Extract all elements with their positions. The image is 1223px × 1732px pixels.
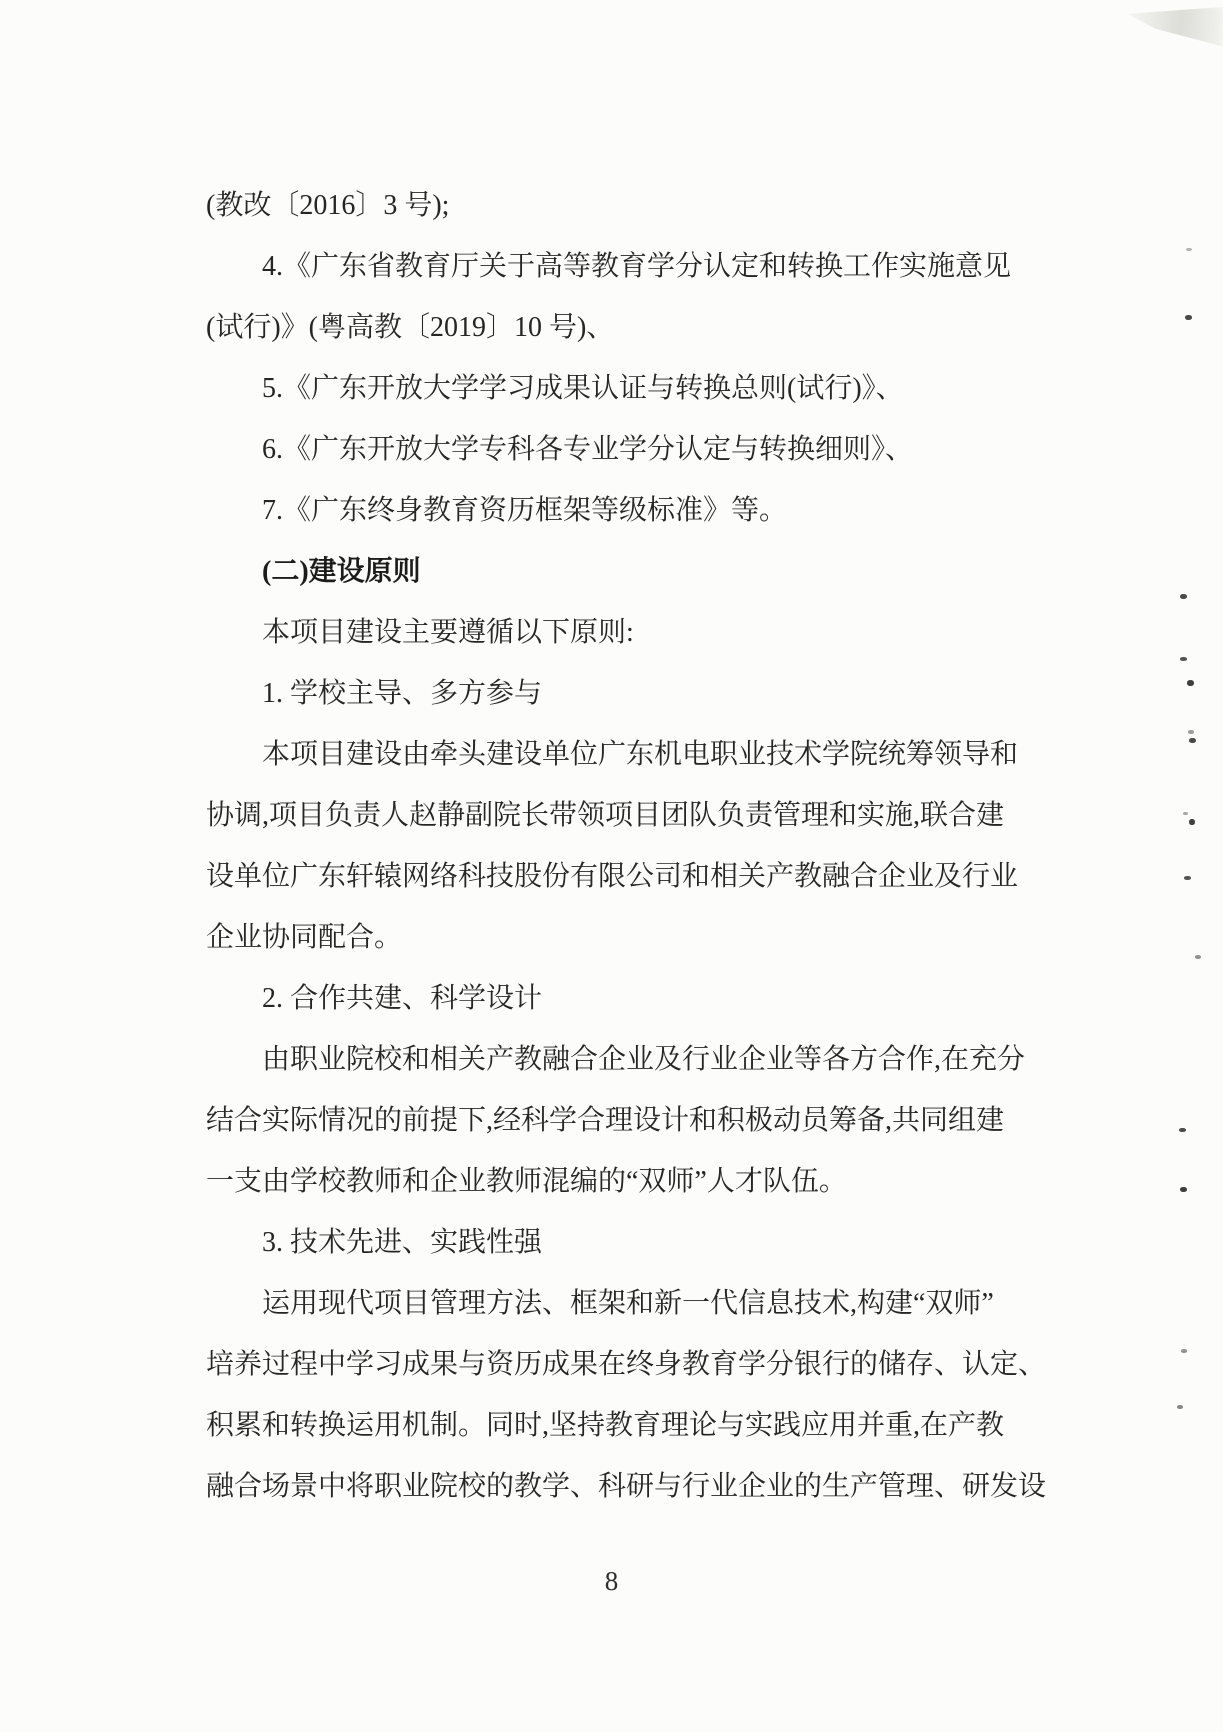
ink-speck	[1180, 1187, 1187, 1192]
ink-speck	[1184, 876, 1191, 880]
ink-speck	[1179, 1128, 1186, 1132]
ink-speck	[1195, 955, 1201, 959]
ink-speck	[1185, 315, 1192, 320]
document-line: 2. 合作共建、科学设计	[206, 968, 1036, 1029]
document-line: 一支由学校教师和企业教师混编的“双师”人才队伍。	[206, 1151, 1036, 1212]
ink-speck	[1189, 819, 1195, 825]
ink-speck	[1180, 657, 1187, 661]
document-line: 本项目建设主要遵循以下原则:	[206, 602, 1036, 663]
document-line: (教改〔2016〕3 号);	[206, 175, 1036, 236]
document-line: 由职业院校和相关产教融合企业及行业企业等各方合作,在充分	[206, 1029, 1036, 1090]
ink-speck	[1188, 730, 1194, 734]
document-line: 运用现代项目管理方法、框架和新一代信息技术,构建“双师”	[206, 1273, 1036, 1334]
ink-speck	[1180, 594, 1187, 599]
ink-speck	[1181, 1349, 1187, 1353]
document-line: 设单位广东轩辕网络科技股份有限公司和相关产教融合企业及行业	[206, 846, 1036, 907]
section-heading: (二)建设原则	[206, 541, 1036, 602]
document-line: 企业协同配合。	[206, 907, 1036, 968]
document-line: 3. 技术先进、实践性强	[206, 1212, 1036, 1273]
document-line: 融合场景中将职业院校的教学、科研与行业企业的生产管理、研发设	[206, 1456, 1036, 1517]
document-line: 积累和转换运用机制。同时,坚持教育理论与实践应用并重,在产教	[206, 1395, 1036, 1456]
scan-smudge	[1127, 6, 1223, 50]
document-line: 1. 学校主导、多方参与	[206, 663, 1036, 724]
document-line: 本项目建设由牵头建设单位广东机电职业技术学院统筹领导和	[206, 724, 1036, 785]
document-line: 7.《广东终身教育资历框架等级标准》等。	[206, 480, 1036, 541]
ink-speck	[1189, 738, 1196, 743]
document-line: 协调,项目负责人赵静副院长带领项目团队负责管理和实施,联合建	[206, 785, 1036, 846]
document-line: 培养过程中学习成果与资历成果在终身教育学分银行的储存、认定、	[206, 1334, 1036, 1395]
ink-speck	[1177, 1405, 1183, 1409]
document-line: 5.《广东开放大学学习成果认证与转换总则(试行)》、	[206, 358, 1036, 419]
scanned-document-page: (教改〔2016〕3 号); 4.《广东省教育厅关于高等教育学分认定和转换工作实…	[0, 0, 1223, 1732]
document-line: 结合实际情况的前提下,经科学合理设计和积极动员筹备,共同组建	[206, 1090, 1036, 1151]
ink-speck	[1183, 812, 1188, 815]
document-line: 4.《广东省教育厅关于高等教育学分认定和转换工作实施意见	[206, 236, 1036, 297]
document-body: (教改〔2016〕3 号); 4.《广东省教育厅关于高等教育学分认定和转换工作实…	[206, 175, 1036, 1517]
document-line: (试行)》(粤高教〔2019〕10 号)、	[206, 297, 1036, 358]
page-number: 8	[0, 1564, 1223, 1598]
ink-speck	[1186, 248, 1192, 251]
ink-speck	[1187, 680, 1194, 686]
document-line: 6.《广东开放大学专科各专业学分认定与转换细则》、	[206, 419, 1036, 480]
